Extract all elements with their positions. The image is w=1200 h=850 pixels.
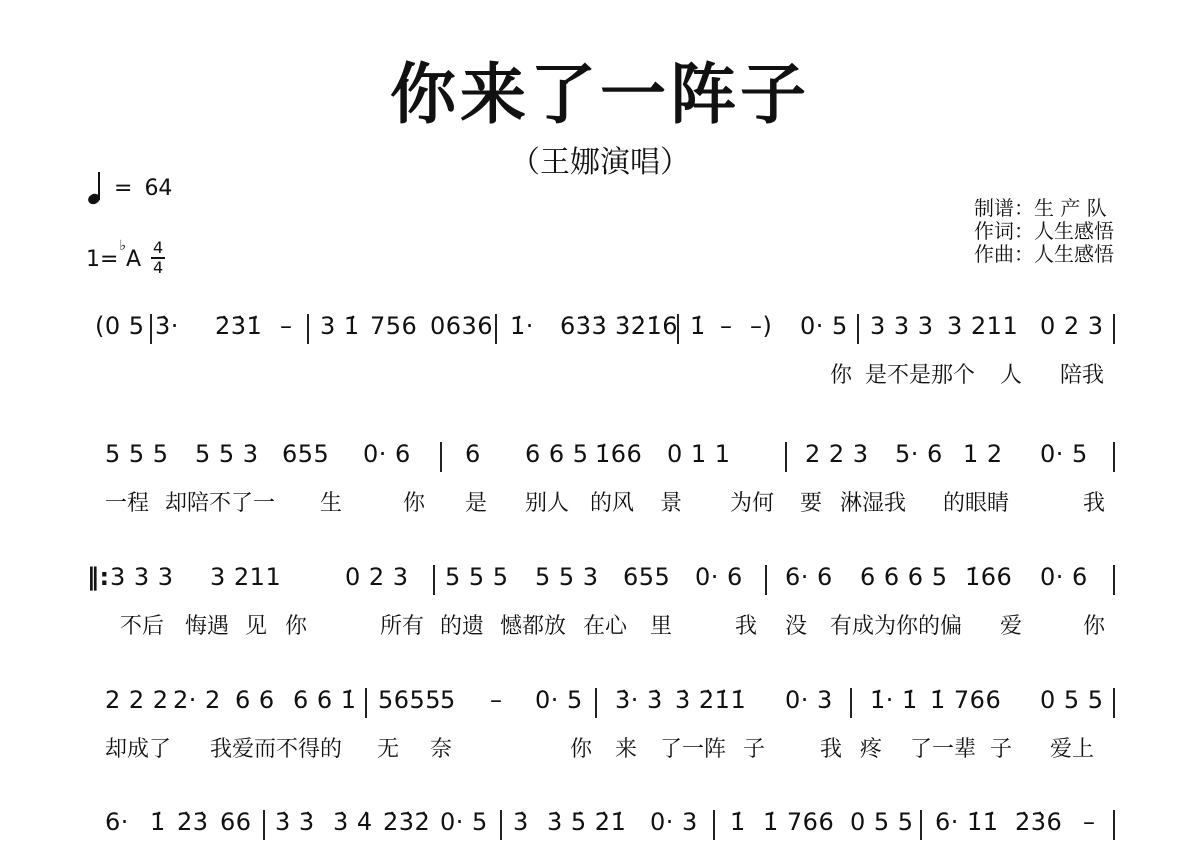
- barline: [1113, 442, 1115, 472]
- note-group: 3 211: [210, 563, 281, 591]
- key-prefix: 1=: [86, 247, 118, 272]
- lyric-syllables: 别人: [525, 486, 569, 517]
- lyric-syllables: 的遗: [440, 609, 484, 640]
- barline: [1113, 565, 1115, 595]
- note-group: 756: [370, 312, 417, 340]
- key-tonic: A: [126, 247, 141, 272]
- barline: [150, 314, 152, 344]
- credit-transcriber: 制谱：生 产 队: [974, 197, 1114, 220]
- lyric-syllables: 了一辈: [910, 732, 976, 763]
- note-group: –: [490, 686, 503, 714]
- note-group: 3̇ 2̇1̇1̇: [675, 686, 746, 714]
- repeat-start-icon: ‖:: [87, 563, 110, 591]
- note-group: 6 6 5: [525, 440, 589, 468]
- lyric-syllables: 疼: [860, 732, 882, 763]
- note-group: 1̇: [690, 312, 706, 340]
- note-group: 1̇· 1̇: [870, 686, 918, 714]
- note-group: 3 211: [947, 312, 1018, 340]
- note-group: 3̇·: [155, 312, 179, 340]
- note-group: 1̇66: [965, 563, 1012, 591]
- note-group: 2̇3̇1̇: [215, 312, 262, 340]
- lyric-syllables: 你: [1083, 609, 1105, 640]
- lyric-syllables: 生: [320, 486, 342, 517]
- barline: [1113, 688, 1115, 718]
- time-signature: 4 4: [151, 240, 165, 276]
- singer-subtitle: （王娜演唱）: [0, 148, 1200, 178]
- tempo-equals: =: [114, 176, 132, 201]
- note-group: 1̇ 766: [763, 808, 834, 836]
- key-signature: 1= ♭ A 4 4: [86, 236, 165, 272]
- note-group: 1̇ 766: [930, 686, 1001, 714]
- barline: [500, 810, 502, 840]
- barline: [307, 314, 309, 344]
- note-group: 0· 3: [650, 808, 698, 836]
- note-group: 3 1̇: [320, 312, 360, 340]
- song-title: 你来了一阵子: [0, 62, 1200, 128]
- lyric-syllables: 爱: [1000, 609, 1022, 640]
- note-group: 2̇3̇2̇: [383, 808, 430, 836]
- barline: [1113, 810, 1115, 840]
- credits: 制谱：生 产 队 作词：人生感悟 作曲：人生感悟: [974, 197, 1114, 266]
- note-group: 5 5 3: [535, 563, 599, 591]
- lyric-syllables: 一程: [105, 486, 149, 517]
- lyric-syllables: 淋湿我: [840, 486, 906, 517]
- note-group: 0 5 5: [850, 808, 914, 836]
- note-group: 5 5 5: [105, 440, 169, 468]
- note-group: –: [280, 312, 293, 340]
- note-group: 6· 1̇1̇: [935, 808, 999, 836]
- note-group: 5 5 3: [195, 440, 259, 468]
- lyric-syllables: 景: [660, 486, 682, 517]
- note-group: 0· 3: [785, 686, 833, 714]
- credit-lyricist: 作词：人生感悟: [974, 220, 1114, 243]
- lyric-syllables: 为何: [730, 486, 774, 517]
- barline: [440, 442, 442, 472]
- note-group: 66: [220, 808, 252, 836]
- lyric-syllables: 奈: [430, 732, 452, 763]
- barline: [713, 810, 715, 840]
- note-group: 1̇66: [595, 440, 642, 468]
- note-group: 0 2 3: [345, 563, 409, 591]
- tempo-marking: = 64: [88, 172, 172, 204]
- note-group: 1̇·: [510, 312, 534, 340]
- barline: [495, 314, 497, 344]
- note-group: 0· 6: [695, 563, 743, 591]
- lyric-syllables: 我: [735, 609, 757, 640]
- barline: [765, 565, 767, 595]
- note-group: 2· 2: [173, 686, 221, 714]
- lyric-syllables: 却陪不了一: [165, 486, 275, 517]
- lyric-syllables: 不后: [120, 609, 164, 640]
- lyric-syllables: 却成了: [105, 732, 171, 763]
- barline: [263, 810, 265, 840]
- note-group: 3 3 3: [110, 563, 174, 591]
- note-group: 2 2 3: [805, 440, 869, 468]
- lyric-syllables: 人: [1000, 358, 1022, 389]
- lyric-syllables: 我爱而不得的: [210, 732, 342, 763]
- note-group: 63̇3̇: [560, 312, 607, 340]
- note-group: 3̇· 3̇: [615, 686, 663, 714]
- note-group: 6·: [105, 808, 129, 836]
- note-group: 0· 6: [363, 440, 411, 468]
- lyric-syllables: 来: [615, 732, 637, 763]
- lyric-syllables: 没: [785, 609, 807, 640]
- lyric-syllables: 见: [245, 609, 267, 640]
- barline: [677, 314, 679, 344]
- barline: [850, 688, 852, 718]
- lyric-syllables: 的风: [590, 486, 634, 517]
- note-group: 6· 6: [785, 563, 833, 591]
- note-group: 3 3 3: [870, 312, 934, 340]
- time-sig-bottom: 4: [153, 260, 163, 276]
- barline: [1113, 314, 1115, 344]
- lyric-syllables: 在心: [583, 609, 627, 640]
- barline: [920, 810, 922, 840]
- lyric-syllables: 你: [830, 358, 852, 389]
- lyric-syllables: 你: [285, 609, 307, 640]
- lyric-syllables: 你: [403, 486, 425, 517]
- lyric-syllables: 你: [570, 732, 592, 763]
- lyric-syllables: 爱上: [1050, 732, 1094, 763]
- lyric-syllables: 了一阵: [660, 732, 726, 763]
- note-group: 0 5 5: [1040, 686, 1104, 714]
- note-group: 0· 6: [1040, 563, 1088, 591]
- lyric-syllables: 我: [820, 732, 842, 763]
- note-group: 6 6 1̇: [293, 686, 357, 714]
- barline: [857, 314, 859, 344]
- note-group: –): [750, 312, 772, 340]
- note-group: 6: [465, 440, 481, 468]
- note-group: 3̇ 5̇ 2̇1̇: [547, 808, 626, 836]
- lyric-syllables: 无: [377, 732, 399, 763]
- note-group: 1̇: [730, 808, 746, 836]
- note-group: 1 2: [963, 440, 1003, 468]
- note-group: 0 1 1: [667, 440, 731, 468]
- note-group: 5: [440, 686, 456, 714]
- note-group: 0· 5: [1040, 440, 1088, 468]
- tempo-bpm: 64: [144, 176, 172, 201]
- note-group: 3̇ 4̇: [333, 808, 373, 836]
- note-group: 6 6: [235, 686, 275, 714]
- note-group: 0· 5: [535, 686, 583, 714]
- note-group: 3̇2̇1̇6: [615, 312, 678, 340]
- note-group: 0· 5: [440, 808, 488, 836]
- barline: [433, 565, 435, 595]
- credit-composer: 作曲：人生感悟: [974, 243, 1114, 266]
- barline: [595, 688, 597, 718]
- lyric-syllables: 悔遇: [185, 609, 229, 640]
- note-group: –: [1083, 808, 1096, 836]
- note-group: –: [720, 312, 733, 340]
- note-group: 1̇: [150, 808, 166, 836]
- note-group: 5655: [378, 686, 441, 714]
- note-group: 5· 6: [895, 440, 943, 468]
- lyric-syllables: 憾都放: [500, 609, 566, 640]
- barline: [785, 442, 787, 472]
- flat-icon: ♭: [119, 238, 126, 254]
- barline: [365, 688, 367, 718]
- lyric-syllables: 我: [1083, 486, 1105, 517]
- lyric-syllables: 里: [650, 609, 672, 640]
- lyric-syllables: 是不是那个: [865, 358, 975, 389]
- note-group: 0 2 3: [1040, 312, 1104, 340]
- lyric-syllables: 所有: [380, 609, 424, 640]
- note-group: 3̇: [513, 808, 529, 836]
- quarter-note-icon: [88, 172, 102, 204]
- note-group: 6 6 6 5: [860, 563, 947, 591]
- lyric-syllables: 是: [465, 486, 487, 517]
- note-group: 2̇3̇6: [1015, 808, 1062, 836]
- lyric-syllables: 要: [800, 486, 822, 517]
- note-group: 2 2 2: [105, 686, 169, 714]
- note-group: 5 5 5: [445, 563, 509, 591]
- note-group: 655: [282, 440, 329, 468]
- lyric-syllables: 陪我: [1060, 358, 1104, 389]
- note-group: 2̇3̇: [177, 808, 209, 836]
- lyric-syllables: 的眼睛: [943, 486, 1009, 517]
- note-group: (0 5: [95, 312, 145, 340]
- lyric-syllables: 子: [990, 732, 1012, 763]
- lyric-syllables: 子: [743, 732, 765, 763]
- note-group: 655: [623, 563, 670, 591]
- time-sig-top: 4: [153, 240, 163, 256]
- note-group: 0· 5: [800, 312, 848, 340]
- lyric-syllables: 有成为你的偏: [830, 609, 962, 640]
- note-group: 3̇ 3̇: [275, 808, 315, 836]
- note-group: 0636: [430, 312, 493, 340]
